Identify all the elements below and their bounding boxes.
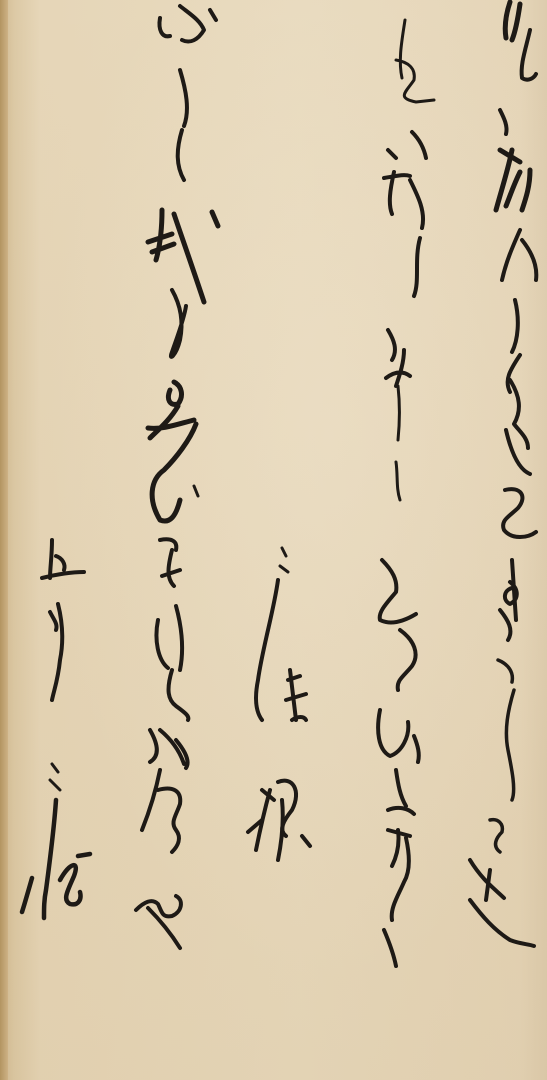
calligraphy-ink — [0, 0, 547, 1080]
column-4-strokes — [136, 6, 218, 948]
column-2-strokes — [378, 20, 434, 966]
column-3-strokes — [248, 548, 310, 860]
column-1-strokes — [470, 2, 536, 946]
column-5-strokes — [22, 540, 90, 918]
